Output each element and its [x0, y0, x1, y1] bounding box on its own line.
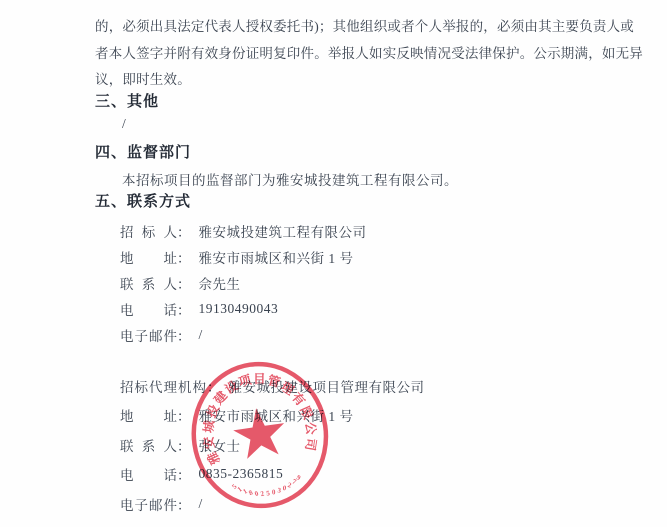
label-colon: ：: [177, 494, 191, 514]
label-colon: ：: [177, 299, 191, 319]
label-colon: ：: [177, 325, 191, 345]
label-colon: ：: [177, 221, 191, 241]
contact-row: 地址：雅安市雨城区和兴街 1 号: [120, 401, 425, 431]
agency-contact-block: 招标代理机构：雅安城投建设项目管理有限公司地址：雅安市雨城区和兴街 1 号联系人…: [120, 371, 425, 519]
contact-row: 地址：雅安市雨城区和兴街 1 号: [120, 244, 367, 270]
section-supervision-content: 本招标项目的监督部门为雅安城投建筑工程有限公司。: [122, 169, 458, 189]
contact-row-value: 0835-2365815: [199, 466, 284, 482]
contact-row: 电子邮件：/: [120, 322, 367, 348]
contact-row: 招标人：雅安城投建筑工程有限公司: [120, 218, 367, 244]
label-colon: ：: [177, 464, 191, 484]
contact-row-label: 地址: [120, 405, 177, 425]
contact-row-label: 电话: [120, 464, 177, 484]
label-colon: ：: [177, 405, 191, 425]
label-colon: ：: [177, 273, 191, 293]
document-page: 的，必须出具法定代表人授权委托书)；其他组织或者个人举报的，必须由其主要负责人或…: [0, 0, 667, 527]
contact-row-label: 电子邮件: [120, 494, 177, 514]
contact-row-value: 19130490043: [199, 301, 279, 317]
section-other-content: /: [122, 116, 126, 132]
intro-line-3: 议，即时生效。: [95, 67, 635, 94]
contact-row-value: /: [199, 327, 203, 343]
contact-row-label: 联系人: [120, 273, 177, 293]
contact-row-label: 电子邮件: [120, 325, 177, 345]
intro-line-2: 者本人签字并附有效身份证明复印件。举报人如实反映情况受法律保护。公示期满，如无异: [95, 41, 635, 68]
section-supervision-heading: 四、监督部门: [95, 141, 191, 162]
contact-row-label: 招标人: [120, 221, 177, 241]
label-colon: ：: [207, 376, 221, 396]
contact-row: 联系人：佘先生: [120, 270, 367, 296]
contact-row-value: 张女士: [199, 435, 241, 455]
contact-row-value: 雅安市雨城区和兴街 1 号: [199, 247, 354, 267]
contact-row-value: /: [199, 496, 203, 512]
contact-row-value: 雅安市雨城区和兴街 1 号: [199, 405, 354, 425]
contact-row: 电子邮件：/: [120, 489, 425, 519]
intro-paragraph: 的，必须出具法定代表人授权委托书)；其他组织或者个人举报的，必须由其主要负责人或…: [95, 14, 635, 94]
label-colon: ：: [177, 435, 191, 455]
intro-line-1: 的，必须出具法定代表人授权委托书)；其他组织或者个人举报的，必须由其主要负责人或: [95, 14, 635, 41]
contact-row: 招标代理机构：雅安城投建设项目管理有限公司: [120, 371, 425, 401]
contact-row-label: 联系人: [120, 435, 177, 455]
tenderer-contact-block: 招标人：雅安城投建筑工程有限公司地址：雅安市雨城区和兴街 1 号联系人：佘先生电…: [120, 218, 367, 348]
contact-row: 电话：19130490043: [120, 296, 367, 322]
contact-row-label: 地址: [120, 247, 177, 267]
section-other-heading: 三、其他: [95, 90, 159, 111]
contact-row-label: 招标代理机构: [120, 376, 207, 396]
contact-row: 联系人：张女士: [120, 430, 425, 460]
section-contact-heading: 五、联系方式: [95, 190, 191, 211]
contact-row-value: 佘先生: [199, 273, 241, 293]
contact-row: 电话：0835-2365815: [120, 460, 425, 490]
label-colon: ：: [177, 247, 191, 267]
contact-row-value: 雅安城投建设项目管理有限公司: [229, 376, 425, 396]
contact-row-label: 电话: [120, 299, 177, 319]
contact-row-value: 雅安城投建筑工程有限公司: [199, 221, 367, 241]
